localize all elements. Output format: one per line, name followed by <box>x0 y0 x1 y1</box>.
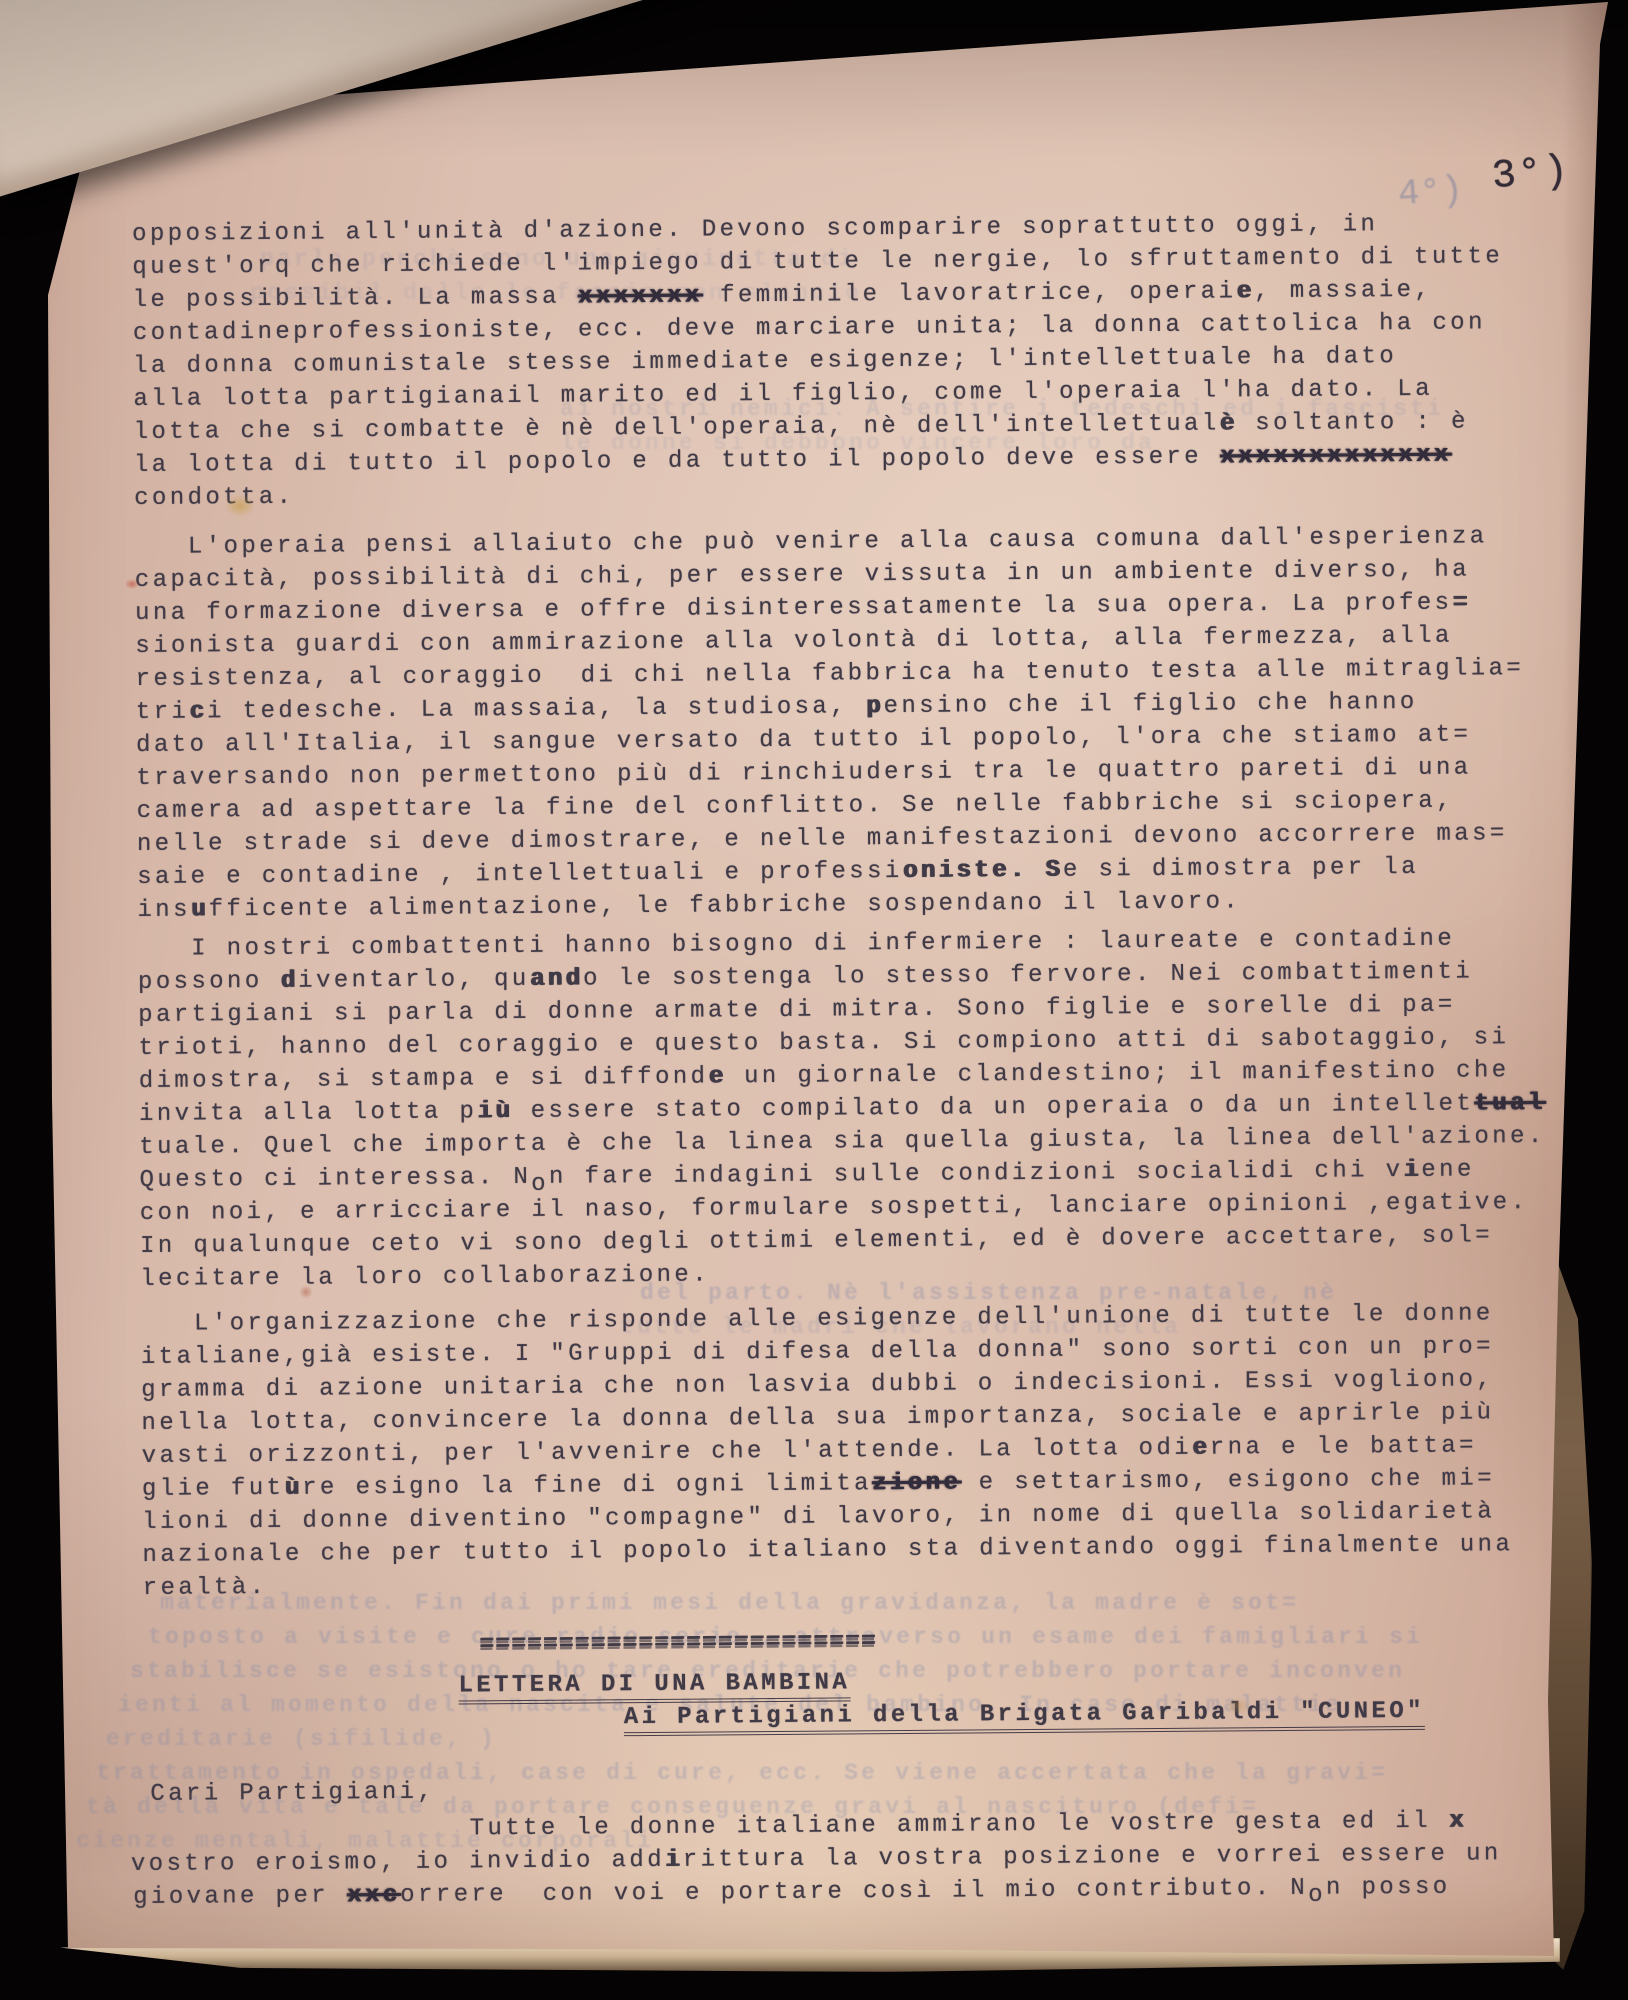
sheet-number-handwritten: 3°) <box>1490 149 1572 201</box>
document-page: parlo perchè sono una giovinetta dipossi… <box>0 0 1628 2000</box>
typewritten-text: opposizioni all'unità d'azione. Devono s… <box>132 206 1625 1914</box>
photograph-of-typewritten-document: parlo perchè sono una giovinetta dipossi… <box>0 0 1628 2000</box>
section-divider: ========================= <box>479 1619 1623 1661</box>
letter-subtitle: Ai Partigiani della Brigata Garibaldi "C… <box>624 1693 1624 1734</box>
